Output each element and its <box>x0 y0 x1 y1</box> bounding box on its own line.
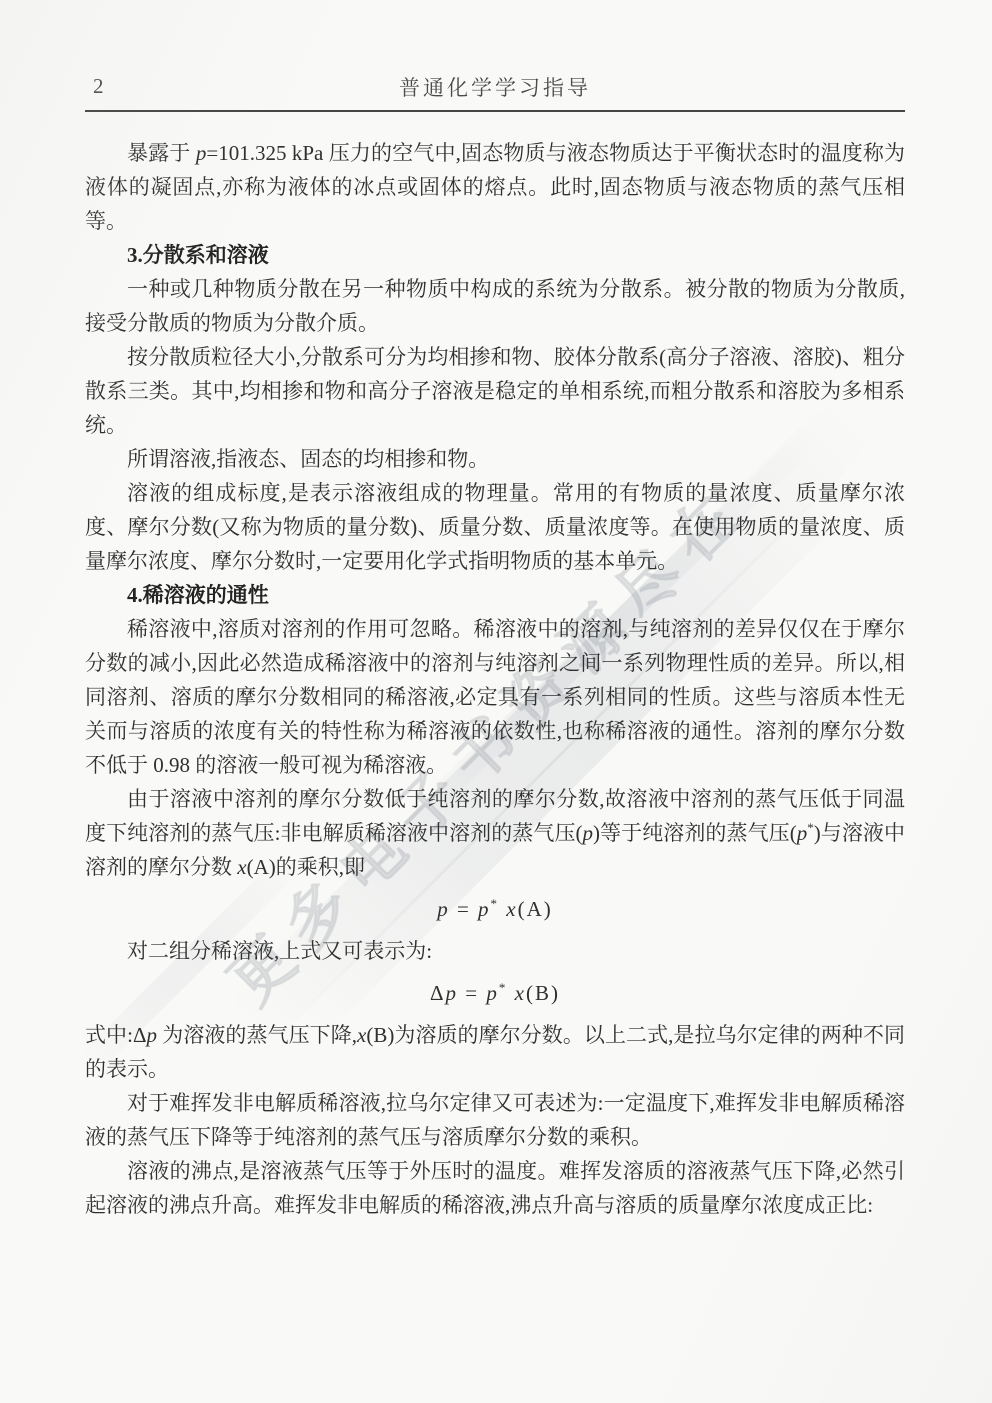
header-rule <box>85 110 905 112</box>
scanned-book-page: 更多电子书资源尽在 2 普通化学学习指导 暴露于 p=101.325 kPa 压… <box>0 0 992 1403</box>
paragraph-formula-explanation: 式中:Δp 为溶液的蒸气压下降,x(B)为溶质的摩尔分数。以上二式,是拉乌尔定律… <box>85 1018 905 1086</box>
paragraph-composition-scales: 溶液的组成标度,是表示溶液组成的物理量。常用的有物质的量浓度、质量摩尔浓度、摩尔… <box>85 476 905 578</box>
paragraph-boiling-point: 溶液的沸点,是溶液蒸气压等于外压时的温度。难挥发溶质的溶液蒸气压下降,必然引起溶… <box>85 1154 905 1222</box>
paragraph-freezing-point: 暴露于 p=101.325 kPa 压力的空气中,固态物质与液态物质达于平衡状态… <box>85 136 905 238</box>
paragraph-raoult-statement: 对于难挥发非电解质稀溶液,拉乌尔定律又可表述为:一定温度下,难挥发非电解质稀溶液… <box>85 1086 905 1154</box>
formula-raoult-a: p = p* x(A) <box>85 892 905 926</box>
paragraph-dilute-properties: 稀溶液中,溶质对溶剂的作用可忽略。稀溶液中的溶剂,与纯溶剂的差异仅仅在于摩尔分数… <box>85 612 905 782</box>
page-header: 2 普通化学学习指导 <box>85 70 905 104</box>
paragraph-vapor-pressure: 由于溶液中溶剂的摩尔分数低于纯溶剂的摩尔分数,故溶液中溶剂的蒸气压低于同温度下纯… <box>85 782 905 884</box>
paragraph-dispersion-definition: 一种或几种物质分散在另一种物质中构成的系统为分散系。被分散的物质为分散质,接受分… <box>85 272 905 340</box>
paragraph-solution-definition: 所谓溶液,指液态、固态的均相掺和物。 <box>85 442 905 476</box>
paragraph-two-component: 对二组分稀溶液,上式又可表示为: <box>85 934 905 968</box>
running-title: 普通化学学习指导 <box>85 72 905 102</box>
page-body: 暴露于 p=101.325 kPa 压力的空气中,固态物质与液态物质达于平衡状态… <box>85 136 905 1222</box>
heading-section-3: 3.分散系和溶液 <box>85 238 905 272</box>
paragraph-dispersion-classes: 按分散质粒径大小,分散系可分为均相掺和物、胶体分散系(高分子溶液、溶胶)、粗分散… <box>85 340 905 442</box>
heading-section-4: 4.稀溶液的通性 <box>85 578 905 612</box>
formula-raoult-b: Δp = p* x(B) <box>85 976 905 1010</box>
